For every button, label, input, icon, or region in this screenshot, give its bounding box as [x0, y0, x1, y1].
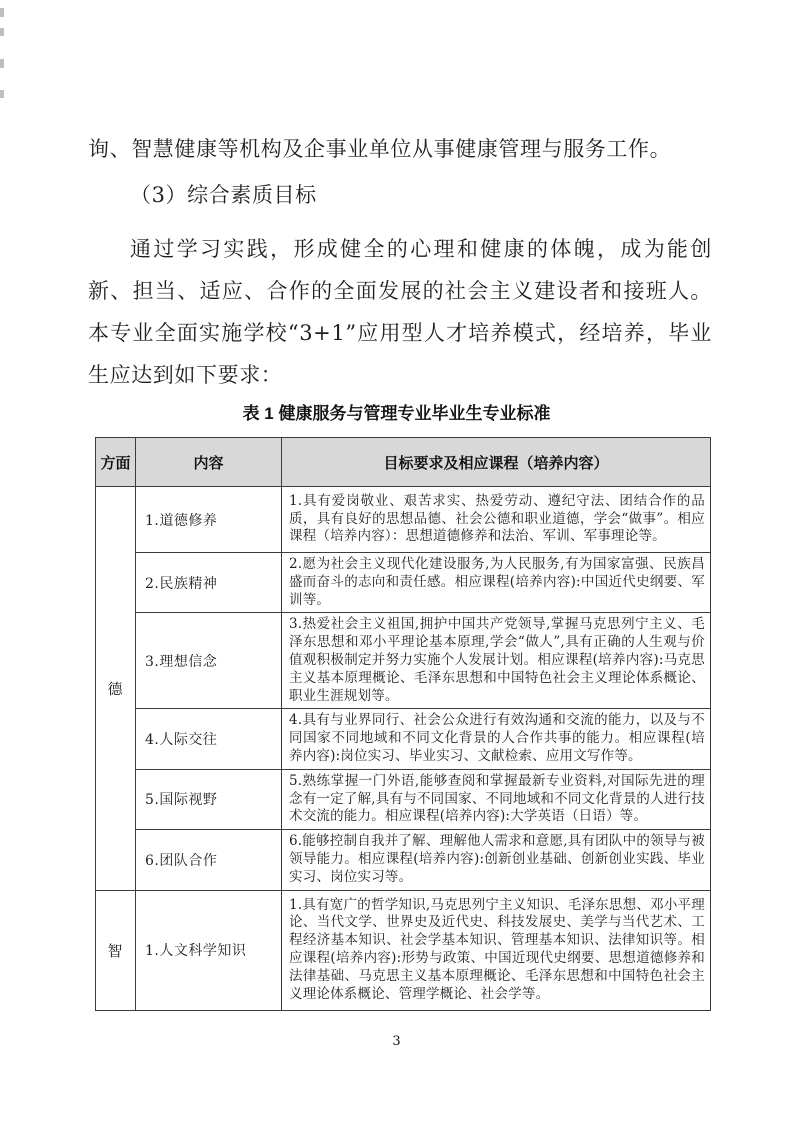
table-row: 德 1.道德修养 1.具有爱岗敬业、艰苦求实、热爱劳动、遵纪守法、团结合作的品质…: [96, 487, 711, 553]
aspect-cell-de: 德: [96, 487, 136, 891]
scan-artifact: [0, 8, 4, 17]
table-row: 2.民族精神 2.愿为社会主义现代化建设服务,为人民服务,有为国家富强、民族昌盛…: [96, 553, 711, 613]
content-cell: 1.人文科学知识: [136, 890, 282, 1010]
content-cell: 2.民族精神: [136, 553, 282, 613]
content-cell: 1.道德修养: [136, 487, 282, 553]
scan-artifact: [0, 59, 4, 68]
header-cell-content: 内容: [136, 438, 282, 487]
requirement-cell: 6.能够控制自我并了解、理解他人需求和意愿,具有团队中的领导与被领导能力。相应课…: [282, 830, 711, 890]
page-number: 3: [0, 1034, 793, 1049]
scan-artifact: [0, 90, 4, 98]
table-row: 5.国际视野 5.熟练掌握一门外语,能够查阅和掌握最新专业资料,对国际先进的理念…: [96, 769, 711, 829]
requirement-cell: 5.熟练掌握一门外语,能够查阅和掌握最新专业资料,对国际先进的理念有一定了解,具…: [282, 769, 711, 829]
content-cell: 4.人际交往: [136, 709, 282, 769]
header-cell-requirement: 目标要求及相应课程（培养内容）: [282, 438, 711, 487]
requirement-cell: 3.热爱社会主义祖国,拥护中国共产党领导,掌握马克思列宁主义、毛泽东思想和邓小平…: [282, 613, 711, 709]
content-cell: 5.国际视野: [136, 769, 282, 829]
table-header-row: 方面 内容 目标要求及相应课程（培养内容）: [96, 438, 711, 487]
table-row: 3.理想信念 3.热爱社会主义祖国,拥护中国共产党领导,掌握马克思列宁主义、毛泽…: [96, 613, 711, 709]
content-cell: 6.团队合作: [136, 830, 282, 890]
document-page: 询、智慧健康等机构及企事业单位从事健康管理与服务工作。 （3）综合素质目标 通过…: [0, 0, 793, 1122]
table-title: 表 1 健康服务与管理专业毕业生专业标准: [0, 399, 793, 424]
standards-table: 方面 内容 目标要求及相应课程（培养内容） 德 1.道德修养 1.具有爱岗敬业、…: [95, 437, 711, 1011]
body-paragraph: 通过学习实践，形成健全的心理和健康的体魄，成为能创新、担当、适应、合作的全面发展…: [88, 228, 712, 396]
section-heading: （3）综合素质目标: [88, 174, 712, 216]
content-cell: 3.理想信念: [136, 613, 282, 709]
table-row: 6.团队合作 6.能够控制自我并了解、理解他人需求和意愿,具有团队中的领导与被领…: [96, 830, 711, 890]
scan-artifact: [0, 28, 4, 36]
table-row: 4.人际交往 4.具有与业界同行、社会公众进行有效沟通和交流的能力，以及与不同国…: [96, 709, 711, 769]
requirement-cell: 1.具有爱岗敬业、艰苦求实、热爱劳动、遵纪守法、团结合作的品质，具有良好的思想品…: [282, 487, 711, 553]
table-row: 智 1.人文科学知识 1.具有宽广的哲学知识,马克思列宁主义知识、毛泽东思想、邓…: [96, 890, 711, 1010]
requirement-cell: 2.愿为社会主义现代化建设服务,为人民服务,有为国家富强、民族昌盛而奋斗的志向和…: [282, 553, 711, 613]
aspect-cell-zhi: 智: [96, 890, 136, 1010]
header-cell-aspect: 方面: [96, 438, 136, 487]
requirement-cell: 1.具有宽广的哲学知识,马克思列宁主义知识、毛泽东思想、邓小平理论、当代文学、世…: [282, 890, 711, 1010]
paragraph-continuation: 询、智慧健康等机构及企事业单位从事健康管理与服务工作。: [88, 128, 712, 170]
requirement-cell: 4.具有与业界同行、社会公众进行有效沟通和交流的能力，以及与不同国家不同地域和不…: [282, 709, 711, 769]
